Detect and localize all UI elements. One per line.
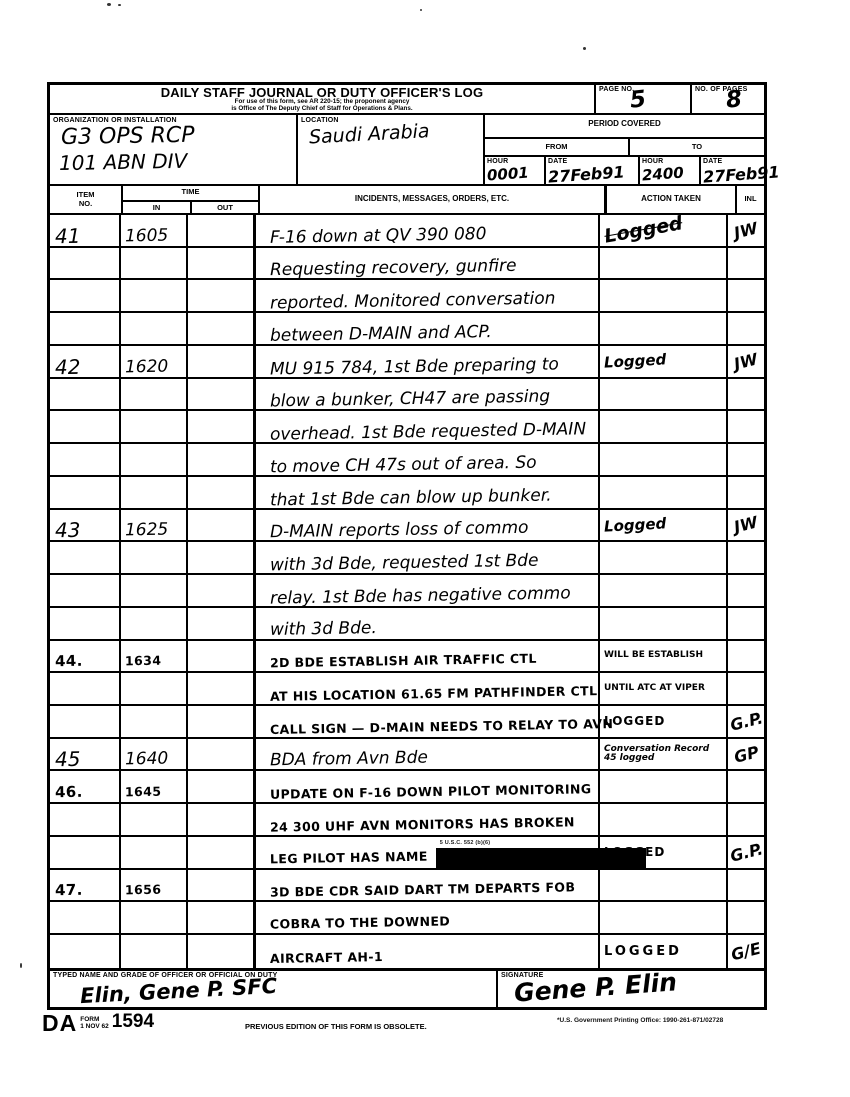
time-in-cell: 1605 bbox=[121, 215, 188, 246]
time-out-label: OUT bbox=[192, 202, 258, 213]
action-cell: LOGGED bbox=[600, 706, 728, 737]
incident-cell: 3D BDE CDR SAID DART TM DEPARTS FOB bbox=[256, 870, 600, 901]
action-cell bbox=[600, 248, 728, 279]
scan-speck bbox=[583, 47, 586, 50]
form-border-box: DAILY STAFF JOURNAL OR DUTY OFFICER'S LO… bbox=[47, 82, 767, 1010]
from-hour-cell: HOUR 0001 bbox=[485, 157, 546, 184]
time-in-cell: 1620 bbox=[121, 346, 188, 377]
item-cell: 42 bbox=[50, 346, 121, 377]
location-cell: LOCATION Saudi Arabia bbox=[298, 115, 485, 184]
page-number-cell: PAGE NO. 5 bbox=[596, 85, 692, 113]
time-in-cell bbox=[121, 706, 188, 737]
time-in-cell-text: 1620 bbox=[125, 358, 169, 377]
initials-cell: G.P. bbox=[728, 706, 764, 737]
item-cell bbox=[50, 379, 121, 410]
initials-cell bbox=[728, 902, 764, 933]
item-cell bbox=[50, 280, 121, 311]
from-to-row: FROM TO bbox=[485, 139, 764, 157]
item-cell bbox=[50, 902, 121, 933]
time-out-cell bbox=[188, 444, 256, 475]
incident-cell-text: that 1st Bde can blow up bunker. bbox=[270, 487, 552, 510]
from-date-cell: DATE 27Feb91 bbox=[546, 157, 640, 184]
time-out-cell bbox=[188, 804, 256, 835]
action-cell bbox=[600, 771, 728, 802]
incident-cell-text: LEG PILOT HAS NAME bbox=[270, 849, 428, 869]
initials-cell bbox=[728, 804, 764, 835]
to-label: TO bbox=[630, 139, 764, 155]
item-cell: 43 bbox=[50, 510, 121, 541]
incident-cell-text: to move CH 47s out of area. So bbox=[270, 455, 537, 478]
incident-cell: D-MAIN reports loss of commo bbox=[256, 510, 600, 541]
action-cell: Logged bbox=[600, 346, 728, 377]
time-out-cell bbox=[188, 870, 256, 901]
incident-cell-text: BDA from Avn Bde bbox=[270, 750, 428, 771]
form-title-block: DAILY STAFF JOURNAL OR DUTY OFFICER'S LO… bbox=[50, 85, 596, 113]
time-out-cell bbox=[188, 575, 256, 606]
column-header-initials: INL bbox=[737, 186, 764, 213]
time-out-cell bbox=[188, 935, 256, 968]
initials-cell bbox=[728, 444, 764, 475]
incident-cell-text: between D-MAIN and ACP. bbox=[270, 324, 492, 346]
incident-cell-text: 2D BDE ESTABLISH AIR TRAFFIC CTL bbox=[270, 652, 537, 674]
from-date-value: 27Feb91 bbox=[547, 162, 625, 186]
column-header-band: ITEM NO. TIME IN OUT INCIDENTS, MESSAGES… bbox=[50, 186, 764, 215]
action-cell bbox=[600, 280, 728, 311]
scanned-daily-staff-journal: DAILY STAFF JOURNAL OR DUTY OFFICER'S LO… bbox=[0, 0, 850, 1097]
action-cell: Conversation Record 45 logged bbox=[600, 739, 728, 770]
initials-cell-text: G.P. bbox=[728, 839, 765, 865]
time-in-cell: 1656 bbox=[121, 870, 188, 901]
to-hour-cell: HOUR 2400 bbox=[640, 157, 701, 184]
incident-cell-text: blow a bunker, CH47 are passing bbox=[270, 389, 550, 412]
journal-row: 451640BDA from Avn BdeConversation Recor… bbox=[50, 739, 764, 772]
action-cell bbox=[600, 575, 728, 606]
action-cell bbox=[600, 444, 728, 475]
item-cell bbox=[50, 542, 121, 573]
from-hour-value: 0001 bbox=[486, 164, 529, 185]
column-header-action: ACTION TAKEN bbox=[607, 186, 737, 213]
initials-cell bbox=[728, 379, 764, 410]
incident-cell: Requesting recovery, gunfire bbox=[256, 248, 600, 279]
item-cell bbox=[50, 411, 121, 442]
item-cell bbox=[50, 313, 121, 344]
incident-cell: F-16 down at QV 390 080 bbox=[256, 215, 600, 246]
scan-speck bbox=[420, 9, 422, 11]
hour-date-row: HOUR 0001 DATE 27Feb91 HOUR 2400 DATE 27… bbox=[485, 157, 764, 184]
time-out-cell bbox=[188, 542, 256, 573]
redaction-bar bbox=[436, 848, 646, 868]
period-covered-cell: PERIOD COVERED FROM TO HOUR 0001 DATE 27… bbox=[485, 115, 764, 184]
time-out-cell bbox=[188, 215, 256, 246]
action-cell bbox=[600, 902, 728, 933]
time-out-cell bbox=[188, 771, 256, 802]
incident-cell: CALL SIGN — D-MAIN NEEDS TO RELAY TO AVN bbox=[256, 706, 600, 737]
journal-row: CALL SIGN — D-MAIN NEEDS TO RELAY TO AVN… bbox=[50, 706, 764, 739]
form-number-line: DA FORM 1 NOV 62 1594 bbox=[42, 1012, 154, 1034]
time-in-cell bbox=[121, 902, 188, 933]
incident-cell-text: MU 915 784, 1st Bde preparing to bbox=[270, 356, 559, 379]
action-cell: UNTIL ATC AT VIPER bbox=[600, 673, 728, 704]
scan-speck bbox=[20, 963, 22, 968]
action-cell: Logged bbox=[600, 215, 728, 246]
incident-cell-text: UPDATE ON F-16 DOWN PILOT MONITORING bbox=[270, 782, 592, 805]
action-cell bbox=[600, 870, 728, 901]
action-cell-text: WILL BE ESTABLISH bbox=[604, 651, 714, 661]
time-out-cell bbox=[188, 902, 256, 933]
action-cell-text: LOGGED bbox=[604, 944, 682, 959]
time-in-label: IN bbox=[123, 202, 192, 213]
action-cell bbox=[600, 379, 728, 410]
item-cell bbox=[50, 608, 121, 639]
action-cell bbox=[600, 313, 728, 344]
organization-value-line1: G3 OPS RCP bbox=[61, 125, 293, 147]
item-cell bbox=[50, 575, 121, 606]
journal-row: COBRA TO THE DOWNED bbox=[50, 902, 764, 935]
incident-cell-text: CALL SIGN — D-MAIN NEEDS TO RELAY TO AVN bbox=[270, 717, 614, 740]
time-out-cell bbox=[188, 739, 256, 770]
action-cell bbox=[600, 477, 728, 508]
time-out-cell bbox=[188, 706, 256, 737]
item-cell-text: 44. bbox=[55, 654, 83, 671]
journal-row: blow a bunker, CH47 are passing bbox=[50, 379, 764, 412]
action-cell: Logged bbox=[600, 510, 728, 541]
incident-cell-text: 24 300 UHF AVN MONITORS HAS BROKEN bbox=[270, 815, 575, 837]
incident-cell-text: AIRCRAFT AH-1 bbox=[270, 950, 383, 969]
initials-cell: GP bbox=[728, 739, 764, 770]
typed-name-cell: TYPED NAME AND GRADE OF OFFICER OR OFFIC… bbox=[50, 971, 498, 1010]
journal-row: with 3d Bde, requested 1st Bde bbox=[50, 542, 764, 575]
item-cell: 44. bbox=[50, 641, 121, 672]
time-in-cell bbox=[121, 804, 188, 835]
incident-cell-text: with 3d Bde, requested 1st Bde bbox=[270, 553, 539, 576]
item-cell bbox=[50, 935, 121, 968]
initials-cell bbox=[728, 575, 764, 606]
incident-cell: with 3d Bde, requested 1st Bde bbox=[256, 542, 600, 573]
time-in-cell-text: 1656 bbox=[125, 883, 162, 901]
item-cell bbox=[50, 706, 121, 737]
time-in-cell bbox=[121, 379, 188, 410]
item-cell: 41 bbox=[50, 215, 121, 246]
action-cell-text: Logged bbox=[603, 213, 684, 248]
time-in-cell: 1640 bbox=[121, 739, 188, 770]
journal-row: AIRCRAFT AH-1LOGGEDG/E bbox=[50, 935, 764, 968]
journal-row: overhead. 1st Bde requested D-MAIN bbox=[50, 411, 764, 444]
journal-row: with 3d Bde. bbox=[50, 608, 764, 641]
time-in-cell bbox=[121, 444, 188, 475]
time-in-cell: 1645 bbox=[121, 771, 188, 802]
journal-grid: 411605F-16 down at QV 390 080LoggedJWReq… bbox=[50, 215, 764, 968]
incident-cell-text: relay. 1st Bde has negative commo bbox=[270, 585, 571, 608]
action-cell bbox=[600, 542, 728, 573]
time-in-cell bbox=[121, 575, 188, 606]
item-cell: 45 bbox=[50, 739, 121, 770]
initials-cell bbox=[728, 870, 764, 901]
form-edition-date: 1 NOV 62 bbox=[80, 1023, 109, 1030]
redaction: 5 U.S.C. 552 (b)(6) bbox=[436, 848, 646, 868]
da-form-stack: FORM 1 NOV 62 bbox=[80, 1016, 109, 1030]
journal-row: relay. 1st Bde has negative commo bbox=[50, 575, 764, 608]
incident-cell: to move CH 47s out of area. So bbox=[256, 444, 600, 475]
gpo-note: *U.S. Government Printing Office: 1990-2… bbox=[557, 1017, 723, 1024]
time-label: TIME bbox=[123, 186, 258, 202]
from-label: FROM bbox=[485, 139, 630, 155]
incident-cell: AIRCRAFT AH-1 bbox=[256, 935, 600, 968]
obsolete-note: PREVIOUS EDITION OF THIS FORM IS OBSOLET… bbox=[245, 1022, 427, 1031]
time-in-cell bbox=[121, 935, 188, 968]
initials-cell: JW bbox=[728, 346, 764, 377]
item-cell-text: 46. bbox=[55, 785, 83, 802]
incident-cell: with 3d Bde. bbox=[256, 608, 600, 639]
incident-cell-text: overhead. 1st Bde requested D-MAIN bbox=[270, 421, 586, 445]
num-pages-cell: NO. OF PAGES 8 bbox=[692, 85, 764, 113]
initials-cell bbox=[728, 771, 764, 802]
incident-cell: blow a bunker, CH47 are passing bbox=[256, 379, 600, 410]
time-in-cell: 1625 bbox=[121, 510, 188, 541]
page-number-value: 5 bbox=[629, 86, 648, 114]
time-in-cell-text: 1625 bbox=[125, 522, 169, 541]
initials-cell-text: G/E bbox=[729, 939, 763, 965]
item-cell bbox=[50, 477, 121, 508]
journal-row: 411605F-16 down at QV 390 080LoggedJW bbox=[50, 215, 764, 248]
initials-cell: G/E bbox=[728, 935, 764, 968]
incident-cell-text: F-16 down at QV 390 080 bbox=[270, 226, 487, 248]
journal-row: 421620MU 915 784, 1st Bde preparing toLo… bbox=[50, 346, 764, 379]
column-header-incidents: INCIDENTS, MESSAGES, ORDERS, ETC. bbox=[260, 186, 607, 213]
time-out-cell bbox=[188, 510, 256, 541]
journal-row: LEG PILOT HAS NAME5 U.S.C. 552 (b)(6)LOG… bbox=[50, 837, 764, 870]
item-cell-text: 45 bbox=[55, 751, 81, 769]
initials-cell: G.P. bbox=[728, 837, 764, 868]
time-out-cell bbox=[188, 608, 256, 639]
initials-cell bbox=[728, 411, 764, 442]
time-in-cell bbox=[121, 313, 188, 344]
action-cell-text: Logged bbox=[604, 351, 667, 372]
time-in-cell bbox=[121, 673, 188, 704]
time-in-cell bbox=[121, 280, 188, 311]
da-abbrev: DA bbox=[42, 1012, 77, 1034]
scan-speck bbox=[107, 3, 111, 6]
period-covered-label: PERIOD COVERED bbox=[485, 115, 764, 139]
action-cell: LOGGED bbox=[600, 935, 728, 968]
initials-cell bbox=[728, 673, 764, 704]
journal-row: that 1st Bde can blow up bunker. bbox=[50, 477, 764, 510]
initials-cell: JW bbox=[728, 510, 764, 541]
incident-cell: UPDATE ON F-16 DOWN PILOT MONITORING bbox=[256, 771, 600, 802]
action-cell bbox=[600, 804, 728, 835]
time-out-cell bbox=[188, 837, 256, 868]
time-in-cell-text: 1645 bbox=[125, 785, 162, 803]
incident-cell: overhead. 1st Bde requested D-MAIN bbox=[256, 411, 600, 442]
to-hour-value: 2400 bbox=[641, 164, 684, 185]
action-cell bbox=[600, 411, 728, 442]
time-out-cell bbox=[188, 280, 256, 311]
time-out-cell bbox=[188, 379, 256, 410]
time-sub-headers: IN OUT bbox=[123, 202, 258, 213]
column-header-time: TIME IN OUT bbox=[123, 186, 260, 213]
initials-cell bbox=[728, 608, 764, 639]
item-cell-text: 42 bbox=[55, 358, 81, 376]
action-cell-text: Logged bbox=[604, 514, 667, 535]
incident-cell: between D-MAIN and ACP. bbox=[256, 313, 600, 344]
initials-cell-text: JW bbox=[732, 513, 760, 537]
incident-cell: COBRA TO THE DOWNED bbox=[256, 902, 600, 933]
item-cell: 46. bbox=[50, 771, 121, 802]
action-cell-text: Conversation Record 45 logged bbox=[604, 745, 714, 764]
initials-cell bbox=[728, 280, 764, 311]
incident-cell: that 1st Bde can blow up bunker. bbox=[256, 477, 600, 508]
initials-cell bbox=[728, 313, 764, 344]
incident-cell-text: with 3d Bde. bbox=[270, 620, 377, 640]
journal-row: 431625D-MAIN reports loss of commoLogged… bbox=[50, 510, 764, 543]
journal-row: to move CH 47s out of area. So bbox=[50, 444, 764, 477]
item-no-label: NO. bbox=[50, 200, 121, 209]
time-in-cell bbox=[121, 411, 188, 442]
time-in-cell-text: 1640 bbox=[125, 751, 169, 770]
action-cell bbox=[600, 608, 728, 639]
time-out-cell bbox=[188, 346, 256, 377]
incident-cell: reported. Monitored conversation bbox=[256, 280, 600, 311]
time-out-cell bbox=[188, 673, 256, 704]
time-in-cell-text: 1634 bbox=[125, 654, 162, 672]
item-cell-text: 43 bbox=[55, 522, 81, 540]
time-in-cell: 1634 bbox=[121, 641, 188, 672]
to-date-cell: DATE 27Feb91 bbox=[701, 157, 764, 184]
journal-row: reported. Monitored conversation bbox=[50, 280, 764, 313]
typed-name-band: TYPED NAME AND GRADE OF OFFICER OR OFFIC… bbox=[50, 968, 764, 1010]
column-header-item: ITEM NO. bbox=[50, 186, 123, 213]
time-in-cell bbox=[121, 477, 188, 508]
form-subtitle-line2: is Office of The Deputy Chief of Staff f… bbox=[50, 106, 594, 113]
item-cell bbox=[50, 248, 121, 279]
initials-cell bbox=[728, 248, 764, 279]
time-in-cell-text: 1605 bbox=[125, 227, 169, 246]
time-in-cell bbox=[121, 608, 188, 639]
item-cell: 47. bbox=[50, 870, 121, 901]
incident-cell-text: 3D BDE CDR SAID DART TM DEPARTS FOB bbox=[270, 881, 576, 903]
journal-row: Requesting recovery, gunfire bbox=[50, 248, 764, 281]
to-date-value: 27Feb91 bbox=[702, 162, 780, 186]
time-in-cell bbox=[121, 837, 188, 868]
initials-cell-text: G.P. bbox=[728, 708, 765, 734]
item-cell-text: 47. bbox=[55, 883, 83, 900]
item-cell bbox=[50, 804, 121, 835]
incident-cell: relay. 1st Bde has negative commo bbox=[256, 575, 600, 606]
form-number: 1594 bbox=[112, 1012, 154, 1032]
item-cell-text: 41 bbox=[55, 228, 81, 246]
journal-row: 46.1645UPDATE ON F-16 DOWN PILOT MONITOR… bbox=[50, 771, 764, 804]
time-out-cell bbox=[188, 641, 256, 672]
initials-cell-text: GP bbox=[732, 742, 761, 766]
action-cell-text: UNTIL ATC AT VIPER bbox=[604, 684, 714, 694]
initials-cell: JW bbox=[728, 215, 764, 246]
item-cell bbox=[50, 837, 121, 868]
incident-cell-text: reported. Monitored conversation bbox=[270, 291, 556, 314]
time-in-cell bbox=[121, 542, 188, 573]
time-out-cell bbox=[188, 248, 256, 279]
journal-row: AT HIS LOCATION 61.65 FM PATHFINDER CTLU… bbox=[50, 673, 764, 706]
scan-speck bbox=[118, 4, 121, 6]
incident-cell: BDA from Avn Bde bbox=[256, 739, 600, 770]
time-out-cell bbox=[188, 477, 256, 508]
journal-row: 44.16342D BDE ESTABLISH AIR TRAFFIC CTLW… bbox=[50, 641, 764, 674]
initials-cell-text: JW bbox=[732, 349, 760, 373]
item-cell bbox=[50, 444, 121, 475]
action-cell: WILL BE ESTABLISH bbox=[600, 641, 728, 672]
initials-cell bbox=[728, 542, 764, 573]
incident-cell: LEG PILOT HAS NAME5 U.S.C. 552 (b)(6) bbox=[256, 837, 600, 868]
num-pages-value: 8 bbox=[725, 86, 744, 114]
org-location-band: ORGANIZATION OR INSTALLATION G3 OPS RCP … bbox=[50, 115, 764, 186]
time-in-cell bbox=[121, 248, 188, 279]
journal-row: between D-MAIN and ACP. bbox=[50, 313, 764, 346]
initials-cell-text: JW bbox=[732, 218, 760, 242]
journal-row: 47.16563D BDE CDR SAID DART TM DEPARTS F… bbox=[50, 870, 764, 903]
incident-cell-text: AT HIS LOCATION 61.65 FM PATHFINDER CTL bbox=[270, 684, 598, 707]
incident-cell-text: Requesting recovery, gunfire bbox=[270, 258, 517, 280]
initials-cell bbox=[728, 641, 764, 672]
incident-cell: AT HIS LOCATION 61.65 FM PATHFINDER CTL bbox=[256, 673, 600, 704]
signature-cell: SIGNATURE Gene P. Elin bbox=[498, 971, 764, 1010]
journal-row: 24 300 UHF AVN MONITORS HAS BROKEN bbox=[50, 804, 764, 837]
organization-value-line2: 101 ABN DIV bbox=[59, 151, 293, 173]
redaction-exemption-note: 5 U.S.C. 552 (b)(6) bbox=[440, 840, 491, 846]
time-out-cell bbox=[188, 411, 256, 442]
incident-cell: 2D BDE ESTABLISH AIR TRAFFIC CTL bbox=[256, 641, 600, 672]
organization-cell: ORGANIZATION OR INSTALLATION G3 OPS RCP … bbox=[50, 115, 298, 184]
initials-cell bbox=[728, 477, 764, 508]
form-word: FORM bbox=[80, 1016, 109, 1023]
incident-cell: 24 300 UHF AVN MONITORS HAS BROKEN bbox=[256, 804, 600, 835]
time-out-cell bbox=[188, 313, 256, 344]
incident-cell: MU 915 784, 1st Bde preparing to bbox=[256, 346, 600, 377]
item-cell bbox=[50, 673, 121, 704]
incident-cell-text: COBRA TO THE DOWNED bbox=[270, 915, 450, 935]
incident-cell-text: D-MAIN reports loss of commo bbox=[270, 520, 529, 543]
location-value: Saudi Arabia bbox=[309, 121, 481, 148]
title-band: DAILY STAFF JOURNAL OR DUTY OFFICER'S LO… bbox=[50, 85, 764, 115]
